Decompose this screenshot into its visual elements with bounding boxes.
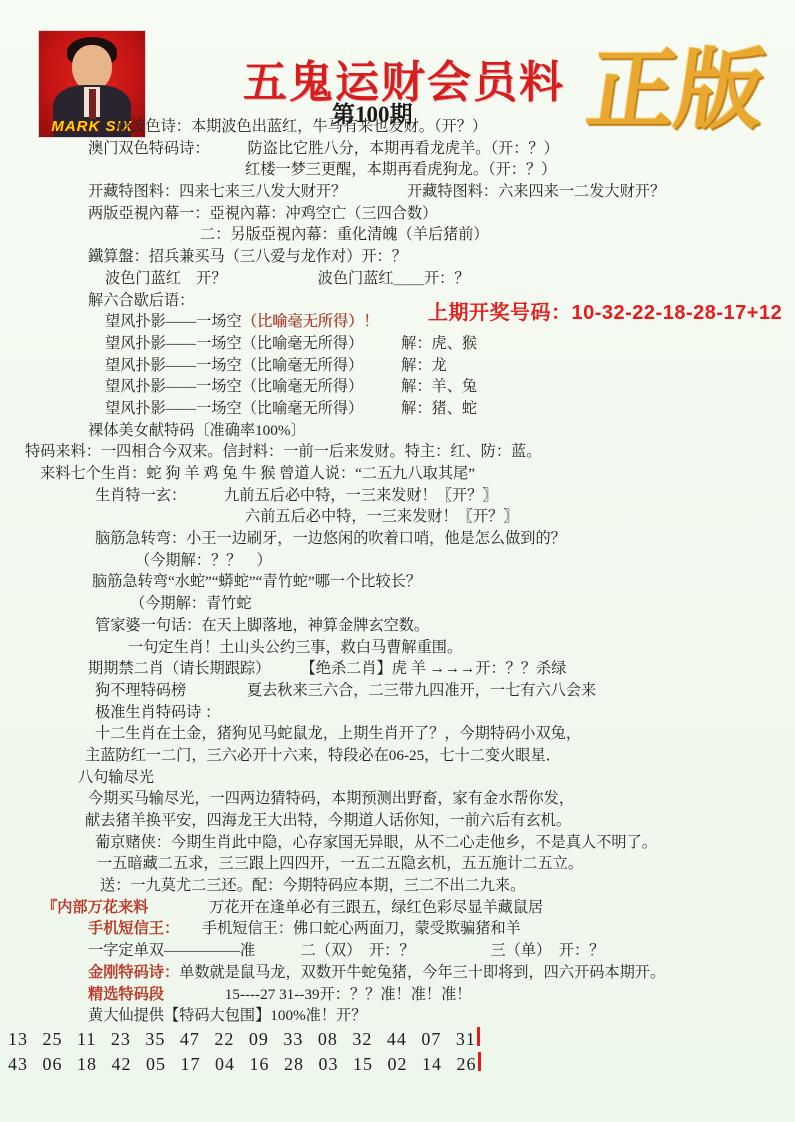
text-segment: 万花开在逢单必有三跟五，绿红色彩尽显羊藏鼠居 (148, 899, 543, 916)
portrait-tie (89, 89, 96, 119)
text-line: 今期买马输尽光，一四两边猜特码，本期预测出野畜，家有金水帮你发， (88, 788, 795, 810)
text-segment: 送：一九莫尤二三还。配：今期特码应本期，三二不出二九来。 (100, 877, 525, 894)
red-cursor-bar (478, 1052, 481, 1071)
text-segment: 手机短信王：佛口蛇心两面刀，蒙受欺骗猪和羊 (172, 920, 521, 937)
text-line: 特码来料：一四相合今双来。信封料：一前一后来发财。特主：红、防：蓝。 (25, 441, 795, 463)
text-line: 望风扑影——一场空（比喻毫无所得）！ (105, 311, 795, 333)
text-line: 两版亞視內幕一：亞視內幕：冲鸡空亡（三四合数） (88, 203, 795, 225)
text-segment: 新波色诗：本期波色出蓝红，牛马有来也发财。（开？） (115, 118, 487, 135)
text-line: 葡京赌侠：今期生肖此中隐，心存家国无异眼，从不二心走他乡，不是真人不明了。 (95, 832, 795, 854)
text-line: 13 25 11 23 35 47 22 09 33 08 32 44 07 3… (8, 1027, 795, 1052)
text-line: 八句输尽光 (78, 767, 795, 789)
text-segment: 献去猪羊换平安，四海龙王大出特，今期道人话你知，一前六后有玄机。 (85, 812, 571, 829)
text-segment: 一五暗藏二五求，三三跟上四四开，一五二五隐玄机，五五施计二五立。 (97, 855, 583, 872)
content-lines: 新波色诗：本期波色出蓝红，牛马有来也发财。（开？）澳门双色特码诗： 防盗比它胜八… (0, 116, 795, 1077)
text-line: 望风扑影——一场空（比喻毫无所得） 解：龙 (105, 355, 795, 377)
text-line: 一句定生肖！土山头公约三事，救白马曹解重围。 (128, 637, 795, 659)
text-line: 澳门双色特码诗： 防盗比它胜八分，本期再看龙虎羊。（开：？） (88, 138, 795, 160)
text-line: 主蓝防红一二门，三六必开十六来，特段必在06-25，七十二变火眼星． (85, 745, 795, 767)
text-segment: 15----27 31--39开：？？准！准！准！ (164, 986, 472, 1003)
red-cursor-bar (477, 1027, 480, 1046)
text-line: 望风扑影——一场空（比喻毫无所得） 解：猪、蛇 (105, 398, 795, 420)
text-segment: 一字定单双—————准 二（双） 开：？ 三（单） 开：？ (88, 942, 604, 959)
text-line: 黄大仙提供【特码大包围】100%准！开？ (88, 1005, 795, 1027)
text-segment: 望风扑影——一场空（比喻毫无所得） 解：龙 (105, 357, 447, 374)
text-segment: 狗不理特码榜 夏去秋来三六合，二三带九四准开，一七有六八会来 (95, 682, 596, 699)
text-segment: 『内部万花来料 (42, 899, 148, 916)
text-segment: 极准生肖特码诗 ： (95, 704, 220, 721)
text-segment: 望风扑影——一场空（比喻毫无所得） 解：虎、猴 (105, 335, 477, 352)
text-line: 一字定单双—————准 二（双） 开：？ 三（单） 开：？ (88, 940, 795, 962)
text-segment: 管家婆一句话：在天上脚落地，神算金牌玄空数。 (95, 617, 429, 634)
text-segment: 十二生肖在土金，猪狗见马蛇鼠龙，上期生肖开了？，今期特码小双兔， (95, 725, 581, 742)
text-segment: 金刚特码诗： (88, 964, 179, 981)
text-segment: 主蓝防红一二门，三六必开十六来，特段必在06-25，七十二变火眼星． (85, 747, 561, 764)
text-line: 十二生肖在土金，猪狗见马蛇鼠龙，上期生肖开了？，今期特码小双兔， (95, 723, 795, 745)
text-line: 金刚特码诗：单数就是鼠马龙，双数开牛蛇兔猪，今年三十即将到，四六开码本期开。 (88, 962, 795, 984)
text-line: 极准生肖特码诗 ： (95, 702, 795, 724)
text-line: 管家婆一句话：在天上脚落地，神算金牌玄空数。 (95, 615, 795, 637)
text-line: 狗不理特码榜 夏去秋来三六合，二三带九四准开，一七有六八会来 (95, 680, 795, 702)
text-line: 送：一九莫尤二三还。配：今期特码应本期，三二不出二九来。 (100, 875, 795, 897)
text-segment: （比喻毫无所得）！ (242, 313, 379, 330)
text-segment: 红楼一梦三更醒，本期再看虎狗龙。（开：？） (245, 161, 556, 178)
text-line: 来料七个生肖：蛇 狗 羊 鸡 兔 牛 猴 曾道人说：“二五九八取其尾” (40, 463, 795, 485)
text-segment: （今期解：青竹蛇 (130, 595, 252, 612)
text-line: （今期解：？？ ） (135, 550, 795, 572)
text-line: 开藏特图料：四来七来三八发大财开？ 开藏特图料：六来四来一二发大财开？ (88, 181, 795, 203)
text-segment: 望风扑影——一场空（比喻毫无所得） 解：猪、蛇 (105, 400, 477, 417)
text-segment: 六前五后必中特，一三来发财！〖开？〗 (245, 508, 518, 525)
text-segment: 13 25 11 23 35 47 22 09 33 08 32 44 07 3… (8, 1029, 476, 1049)
text-line: 望风扑影——一场空（比喻毫无所得） 解：羊、兔 (105, 376, 795, 398)
text-segment: 一句定生肖！土山头公约三事，救白马曹解重围。 (128, 639, 462, 656)
text-line: 43 06 18 42 05 17 04 16 28 03 15 02 14 2… (8, 1052, 795, 1077)
tip-sheet-page: MARK SIX 五鬼运财会员料 第100期 正版 上期开奖号码：10-32-2… (0, 0, 795, 1122)
text-line: 生肖特一玄： 九前五后必中特，一三来发财！〖开？〗 (95, 485, 795, 507)
text-line: 望风扑影——一场空（比喻毫无所得） 解：虎、猴 (105, 333, 795, 355)
text-segment: 单数就是鼠马龙，双数开牛蛇兔猪，今年三十即将到，四六开码本期开。 (179, 964, 665, 981)
text-segment: 精选特码段 (88, 986, 164, 1003)
text-segment: 开藏特图料：四来七来三八发大财开？ 开藏特图料：六来四来一二发大财开？ (88, 183, 665, 200)
text-line: 新波色诗：本期波色出蓝红，牛马有来也发财。（开？） (115, 116, 795, 138)
text-segment: 望风扑影——一场空（比喻毫无所得） 解：羊、兔 (105, 378, 477, 395)
text-segment: 43 06 18 42 05 17 04 16 28 03 15 02 14 2… (8, 1054, 477, 1074)
text-segment: 葡京赌侠：今期生肖此中隐，心存家国无异眼，从不二心走他乡，不是真人不明了。 (95, 834, 657, 851)
text-segment: 黄大仙提供【特码大包围】100%准！开？ (88, 1007, 366, 1024)
text-segment: 望风扑影——一场空 (105, 313, 242, 330)
text-segment: 波色门蓝红 开？ 波色门蓝红＿＿开：？ (105, 270, 470, 287)
text-segment: 手机短信王： (88, 920, 172, 937)
text-line: 裸体美女献特码〔准确率100%〕 (88, 420, 795, 442)
text-line: 精选特码段 15----27 31--39开：？？准！准！准！ (88, 984, 795, 1006)
text-segment: 二：另版亞視內幕：重化清魄（羊后猪前） (200, 226, 489, 243)
text-line: （今期解：青竹蛇 (130, 593, 795, 615)
text-line: 『内部万花来料 万花开在逢单必有三跟五，绿红色彩尽显羊藏鼠居 (42, 897, 795, 919)
text-segment: 八句输尽光 (78, 769, 154, 786)
text-line: 波色门蓝红 开？ 波色门蓝红＿＿开：？ (105, 268, 795, 290)
text-line: 脑筋急转弯“水蛇”“蟒蛇”“青竹蛇”哪一个比较长？ (92, 571, 795, 593)
text-line: 鐵算盤：招兵兼买马（三八爱与龙作对）开：？ (88, 246, 795, 268)
text-line: 红楼一梦三更醒，本期再看虎狗龙。（开：？） (245, 159, 795, 181)
text-segment: 脑筋急转弯：小王一边刷牙，一边悠闲的吹着口哨，他是怎么做到的？ (95, 530, 566, 547)
text-line: 献去猪羊换平安，四海龙王大出特，今期道人话你知，一前六后有玄机。 (85, 810, 795, 832)
text-segment: 期期禁二肖（请长期跟踪） 【绝杀二肖】虎 羊 →→→开：？？杀绿 (88, 660, 566, 677)
text-segment: 脑筋急转弯“水蛇”“蟒蛇”“青竹蛇”哪一个比较长？ (92, 573, 421, 590)
text-segment: 解六合歇后语： (88, 292, 194, 309)
text-line: 一五暗藏二五求，三三跟上四四开，一五二五隐玄机，五五施计二五立。 (97, 853, 795, 875)
text-line: 脑筋急转弯：小王一边刷牙，一边悠闲的吹着口哨，他是怎么做到的？ (95, 528, 795, 550)
text-segment: 今期买马输尽光，一四两边猜特码，本期预测出野畜，家有金水帮你发， (88, 790, 574, 807)
text-line: 手机短信王： 手机短信王：佛口蛇心两面刀，蒙受欺骗猪和羊 (88, 918, 795, 940)
text-segment: 来料七个生肖：蛇 狗 羊 鸡 兔 牛 猴 曾道人说：“二五九八取其尾” (40, 465, 475, 482)
text-segment: 两版亞視內幕一：亞視內幕：冲鸡空亡（三四合数） (88, 205, 437, 222)
text-line: 解六合歇后语： (88, 290, 795, 312)
text-segment: 裸体美女献特码〔准确率100%〕 (88, 422, 306, 439)
text-segment: 鐵算盤：招兵兼买马（三八爱与龙作对）开：？ (88, 248, 407, 265)
text-segment: 澳门双色特码诗： 防盗比它胜八分，本期再看龙虎羊。（开：？） (88, 140, 559, 157)
text-segment: 生肖特一玄： 九前五后必中特，一三来发财！〖开？〗 (95, 487, 497, 504)
text-line: 期期禁二肖（请长期跟踪） 【绝杀二肖】虎 羊 →→→开：？？杀绿 (88, 658, 795, 680)
text-segment: 特码来料：一四相合今双来。信封料：一前一后来发财。特主：红、防：蓝。 (25, 443, 541, 460)
text-line: 二：另版亞視內幕：重化清魄（羊后猪前） (200, 224, 795, 246)
text-line: 六前五后必中特，一三来发财！〖开？〗 (245, 506, 795, 528)
text-segment: （今期解：？？ ） (135, 552, 272, 569)
